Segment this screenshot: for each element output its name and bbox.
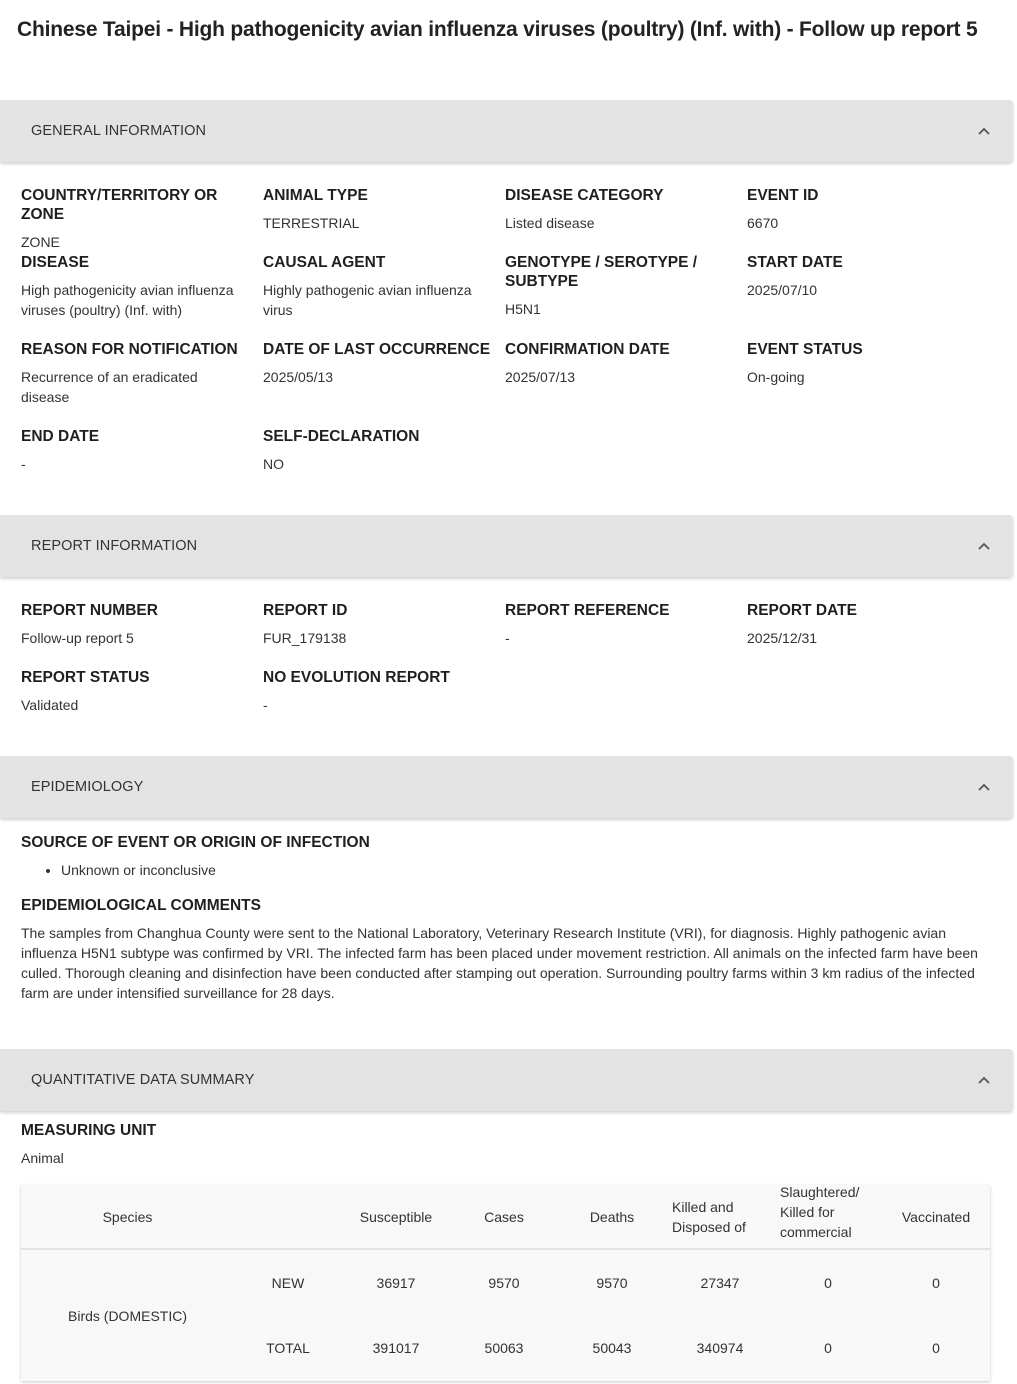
field-label: START DATE — [747, 253, 989, 272]
species-cell: Birds (DOMESTIC) — [21, 1249, 234, 1381]
quantitative-data-table: Species Susceptible Cases Deaths Killed … — [21, 1185, 990, 1381]
section-header-epidemiology[interactable]: EPIDEMIOLOGY — [0, 756, 1013, 818]
section-title: QUANTITATIVE DATA SUMMARY — [31, 1072, 255, 1088]
col-header-deaths: Deaths — [558, 1185, 666, 1249]
field-label: REPORT STATUS — [21, 668, 263, 687]
field-value: FUR_179138 — [263, 628, 505, 648]
field-genotype-serotype-subtype: GENOTYPE / SEROTYPE / SUBTYPE H5N1 — [505, 253, 705, 319]
field-value: - — [263, 695, 505, 715]
field-label: END DATE — [21, 427, 263, 446]
field-value: Animal — [21, 1148, 263, 1168]
field-label: SELF-DECLARATION — [263, 427, 505, 446]
field-event-status: EVENT STATUS On-going — [747, 340, 989, 387]
source-list: Unknown or inconclusive — [21, 860, 981, 880]
field-value: 2025/12/31 — [747, 628, 989, 648]
field-label: DISEASE — [21, 253, 263, 272]
field-value: Follow-up report 5 — [21, 628, 263, 648]
col-header-killed-and-disposed: Killed and Disposed of — [666, 1185, 774, 1249]
cell-slaughtered: 0 — [774, 1315, 882, 1381]
field-self-declaration: SELF-DECLARATION NO — [263, 427, 505, 474]
field-animal-type: ANIMAL TYPE TERRESTRIAL — [263, 186, 505, 233]
field-value: 2025/07/13 — [505, 367, 747, 387]
page-title: Chinese Taipei - High pathogenicity avia… — [17, 18, 1007, 42]
field-disease: DISEASE High pathogenicity avian influen… — [21, 253, 263, 320]
field-report-id: REPORT ID FUR_179138 — [263, 601, 505, 648]
field-no-evolution-report: NO EVOLUTION REPORT - — [263, 668, 505, 715]
field-value: Highly pathogenic avian influenza virus — [263, 280, 505, 320]
field-label: EVENT STATUS — [747, 340, 989, 359]
col-header-slaughtered: Slaughtered/ Killed for commercial use — [774, 1185, 882, 1249]
cell-killed-disposed: 27347 — [666, 1249, 774, 1315]
header-text: Killed and Disposed of — [672, 1197, 768, 1237]
cell-deaths: 9570 — [558, 1249, 666, 1315]
field-label: MEASURING UNIT — [21, 1121, 263, 1140]
cell-slaughtered: 0 — [774, 1249, 882, 1315]
source-of-event: SOURCE OF EVENT OR ORIGIN OF INFECTION U… — [21, 833, 981, 880]
field-value: Recurrence of an eradicated disease — [21, 367, 246, 407]
section-title: GENERAL INFORMATION — [31, 123, 206, 139]
col-header-vaccinated: Vaccinated — [882, 1185, 990, 1249]
field-label: REPORT DATE — [747, 601, 989, 620]
cell-susceptible: 391017 — [342, 1315, 450, 1381]
col-header-cases: Cases — [450, 1185, 558, 1249]
field-value: High pathogenicity avian influenza virus… — [21, 280, 263, 320]
field-value: NO — [263, 454, 505, 474]
row-type: NEW — [234, 1249, 342, 1315]
comments-text: The samples from Changhua County were se… — [21, 923, 986, 1003]
chevron-up-icon[interactable] — [977, 780, 991, 794]
field-label: GENOTYPE / SEROTYPE / SUBTYPE — [505, 253, 705, 291]
cell-vaccinated: 0 — [882, 1249, 990, 1315]
field-value: ZONE — [21, 232, 263, 252]
field-label: NO EVOLUTION REPORT — [263, 668, 505, 687]
field-measuring-unit: MEASURING UNIT Animal — [21, 1121, 263, 1168]
header-text: Slaughtered/ Killed for commercial use — [780, 1185, 876, 1246]
source-item: Unknown or inconclusive — [61, 860, 981, 880]
comments-label: EPIDEMIOLOGICAL COMMENTS — [21, 896, 986, 915]
field-report-date: REPORT DATE 2025/12/31 — [747, 601, 989, 648]
cell-deaths: 50043 — [558, 1315, 666, 1381]
field-value: H5N1 — [505, 299, 705, 319]
field-country-territory-zone: COUNTRY/TERRITORY OR ZONE ZONE — [21, 186, 263, 252]
chevron-up-icon[interactable] — [977, 539, 991, 553]
field-label: REPORT REFERENCE — [505, 601, 747, 620]
cell-susceptible: 36917 — [342, 1249, 450, 1315]
section-header-general-information[interactable]: GENERAL INFORMATION — [0, 100, 1013, 162]
field-value: Listed disease — [505, 213, 747, 233]
cell-vaccinated: 0 — [882, 1315, 990, 1381]
field-value: 2025/07/10 — [747, 280, 989, 300]
field-label: DISEASE CATEGORY — [505, 186, 747, 205]
section-title: REPORT INFORMATION — [31, 538, 197, 554]
field-value: Validated — [21, 695, 263, 715]
field-value: On-going — [747, 367, 989, 387]
field-report-status: REPORT STATUS Validated — [21, 668, 263, 715]
field-value: 6670 — [747, 213, 989, 233]
cell-cases: 50063 — [450, 1315, 558, 1381]
cell-killed-disposed: 340974 — [666, 1315, 774, 1381]
field-label: CAUSAL AGENT — [263, 253, 505, 272]
section-header-quantitative-data-summary[interactable]: QUANTITATIVE DATA SUMMARY — [0, 1049, 1013, 1111]
table-header-row: Species Susceptible Cases Deaths Killed … — [21, 1185, 990, 1249]
field-label: COUNTRY/TERRITORY OR ZONE — [21, 186, 263, 224]
col-header-type — [234, 1185, 342, 1249]
section-header-report-information[interactable]: REPORT INFORMATION — [0, 515, 1013, 577]
field-label: DATE OF LAST OCCURRENCE — [263, 340, 505, 359]
field-value: - — [505, 628, 747, 648]
field-label: ANIMAL TYPE — [263, 186, 505, 205]
source-label: SOURCE OF EVENT OR ORIGIN OF INFECTION — [21, 833, 981, 852]
field-date-of-last-occurrence: DATE OF LAST OCCURRENCE 2025/05/13 — [263, 340, 505, 387]
chevron-up-icon[interactable] — [977, 124, 991, 138]
field-report-number: REPORT NUMBER Follow-up report 5 — [21, 601, 263, 648]
field-disease-category: DISEASE CATEGORY Listed disease — [505, 186, 747, 233]
field-start-date: START DATE 2025/07/10 — [747, 253, 989, 300]
chevron-up-icon[interactable] — [977, 1073, 991, 1087]
field-causal-agent: CAUSAL AGENT Highly pathogenic avian inf… — [263, 253, 505, 320]
field-label: REPORT NUMBER — [21, 601, 263, 620]
epidemiological-comments: EPIDEMIOLOGICAL COMMENTS The samples fro… — [21, 896, 986, 1003]
col-header-species: Species — [21, 1185, 234, 1249]
field-event-id: EVENT ID 6670 — [747, 186, 989, 233]
row-type: TOTAL — [234, 1315, 342, 1381]
field-label: EVENT ID — [747, 186, 989, 205]
field-value: TERRESTRIAL — [263, 213, 505, 233]
field-label: REASON FOR NOTIFICATION — [21, 340, 246, 359]
field-label: CONFIRMATION DATE — [505, 340, 747, 359]
field-reason-for-notification: REASON FOR NOTIFICATION Recurrence of an… — [21, 340, 246, 407]
field-value: 2025/05/13 — [263, 367, 505, 387]
section-title: EPIDEMIOLOGY — [31, 779, 143, 795]
field-label: REPORT ID — [263, 601, 505, 620]
table-row: Birds (DOMESTIC) NEW 36917 9570 9570 273… — [21, 1249, 990, 1315]
field-report-reference: REPORT REFERENCE - — [505, 601, 747, 648]
field-end-date: END DATE - — [21, 427, 263, 474]
field-confirmation-date: CONFIRMATION DATE 2025/07/13 — [505, 340, 747, 387]
cell-cases: 9570 — [450, 1249, 558, 1315]
col-header-susceptible: Susceptible — [342, 1185, 450, 1249]
field-value: - — [21, 454, 263, 474]
